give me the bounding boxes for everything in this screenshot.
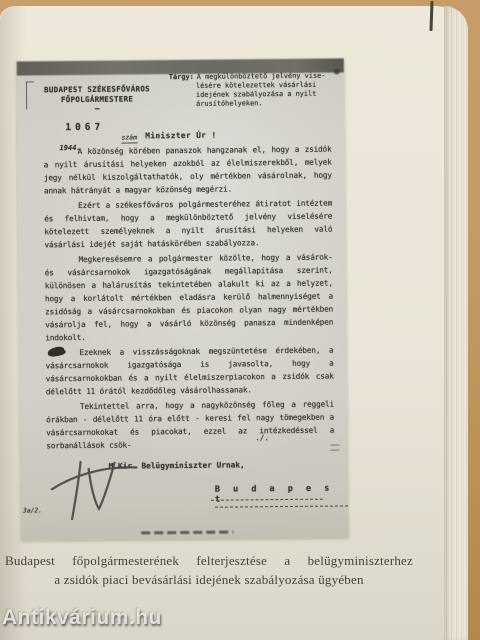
caption-line-2: a zsidók piaci bevásárlási idejének szab…: [5, 570, 413, 589]
continuation-mark: ./.: [255, 433, 269, 442]
caption-line-1: Budapest főpolgármesterének felterjeszté…: [5, 551, 413, 570]
subject-line: idejének szabályozása a nyilt: [169, 89, 337, 100]
subject-block: Tárgy: A megkülönböztető jelvény vise- l…: [169, 72, 337, 109]
paragraph: Ezért a székesfőváros polgármesteréhez á…: [44, 198, 332, 252]
document-photo: BUDAPEST SZÉKESFŐVÁROS FŐPOLGÁRMESTERE —…: [17, 58, 349, 540]
photographed-book-page: BUDAPEST SZÉKESFŐVÁROS FŐPOLGÁRMESTERE —…: [0, 0, 480, 640]
file-note: 3a/2.: [23, 507, 42, 514]
subject-line: árusítóhelyeken.: [169, 98, 337, 109]
caption: Budapest főpolgármesterének felterjeszté…: [5, 551, 413, 589]
letterhead-line-1: BUDAPEST SZÉKESFŐVÁROS: [44, 84, 150, 94]
letterhead: BUDAPEST SZÉKESFŐVÁROS FŐPOLGÁRMESTERE —: [31, 84, 163, 114]
salutation: Miniszter Úr !: [17, 129, 344, 141]
letterhead-dash: —: [31, 103, 163, 114]
handwritten-initials: [48, 452, 141, 527]
printer-imprint: [141, 531, 233, 535]
paragraph: Megkeresésemre a polgármester közölte, h…: [45, 252, 334, 345]
paragraph: A közönség körében panaszok hangzanak el…: [44, 144, 332, 198]
subject-label: Tárgy:: [169, 73, 194, 82]
paragraph: Ezeknek a visszásságoknak megszüntetése …: [45, 345, 333, 399]
antikvarium-watermark-logo: Antikvárium.hu: [2, 606, 162, 630]
margin-mark: [330, 445, 339, 451]
letter-body: A közönség körében panaszok hangzanak el…: [44, 144, 335, 456]
letter-content: BUDAPEST SZÉKESFŐVÁROS FŐPOLGÁRMESTERE —…: [17, 58, 349, 540]
addressee-city: B u d a p e s t: [215, 483, 348, 507]
letterhead-line-2: FŐPOLGÁRMESTERE: [61, 94, 133, 104]
paragraph: Tekintettel arra, hogy a nagyközönség fő…: [46, 399, 334, 453]
